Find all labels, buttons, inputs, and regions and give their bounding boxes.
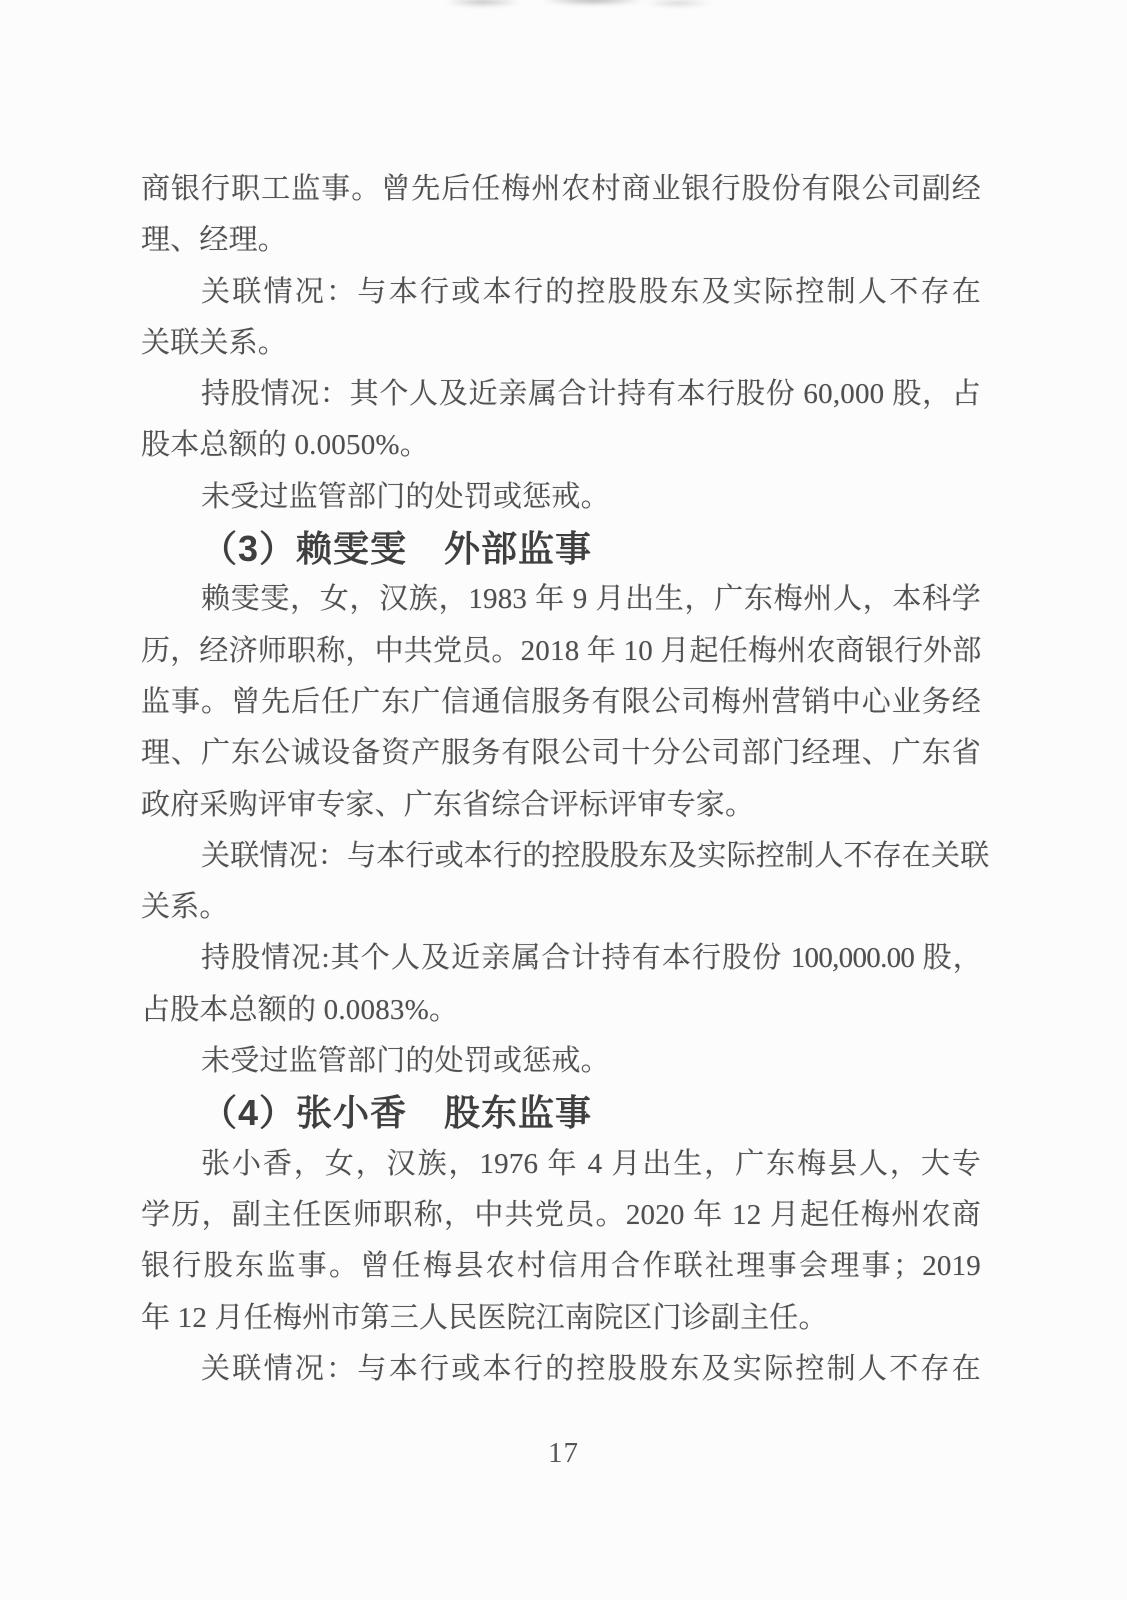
text-line: 关联情况：与本行或本行的控股股东及实际控制人不存在关联 [141, 831, 981, 882]
text-line: 持股情况：其个人及近亲属合计持有本行股份 60,000 股，占 [141, 369, 981, 420]
text-line: （4）张小香 股东监事 [141, 1087, 981, 1138]
text-line: 未受过监管部门的处罚或惩戒。 [141, 1036, 981, 1087]
text-line: 年 12 月任梅州市第三人民医院江南院区门诊副主任。 [141, 1293, 981, 1344]
text-line: 理、经理。 [141, 215, 981, 266]
text-line: 张小香，女，汉族，1976 年 4 月出生，广东梅县人，大专 [141, 1139, 981, 1190]
text-line: 股本总额的 0.0050%。 [141, 420, 981, 471]
text-line: 政府采购评审专家、广东省综合评标评审专家。 [141, 780, 981, 831]
scan-artifact-top [438, 0, 728, 15]
text-line: 关联情况：与本行或本行的控股股东及实际控制人不存在 [141, 1344, 981, 1395]
text-line: 占股本总额的 0.0083%。 [141, 985, 981, 1036]
text-line: 关系。 [141, 882, 981, 933]
text-line: 关联情况：与本行或本行的控股股东及实际控制人不存在 [141, 267, 981, 318]
text-line: 学历，副主任医师职称，中共党员。2020 年 12 月起任梅州农商 [141, 1190, 981, 1241]
text-line: 商银行职工监事。曾先后任梅州农村商业银行股份有限公司副经 [141, 164, 981, 215]
text-line: 历，经济师职称，中共党员。2018 年 10 月起任梅州农商银行外部 [141, 626, 981, 677]
text-line: 理、广东公诚设备资产服务有限公司十分公司部门经理、广东省 [141, 728, 981, 779]
document-body: 商银行职工监事。曾先后任梅州农村商业银行股份有限公司副经理、经理。关联情况：与本… [141, 164, 981, 1395]
text-line: 未受过监管部门的处罚或惩戒。 [141, 472, 981, 523]
text-line: 银行股东监事。曾任梅县农村信用合作联社理事会理事；2019 [141, 1241, 981, 1292]
text-line: 关联关系。 [141, 318, 981, 369]
page-number: 17 [0, 1437, 1127, 1470]
text-line: 赖雯雯，女，汉族，1983 年 9 月出生，广东梅州人，本科学 [141, 574, 981, 625]
text-line: 持股情况:其个人及近亲属合计持有本行股份 100,000.00 股， [141, 933, 981, 984]
text-line: 监事。曾先后任广东广信通信服务有限公司梅州营销中心业务经 [141, 677, 981, 728]
text-line: （3）赖雯雯 外部监事 [141, 523, 981, 574]
